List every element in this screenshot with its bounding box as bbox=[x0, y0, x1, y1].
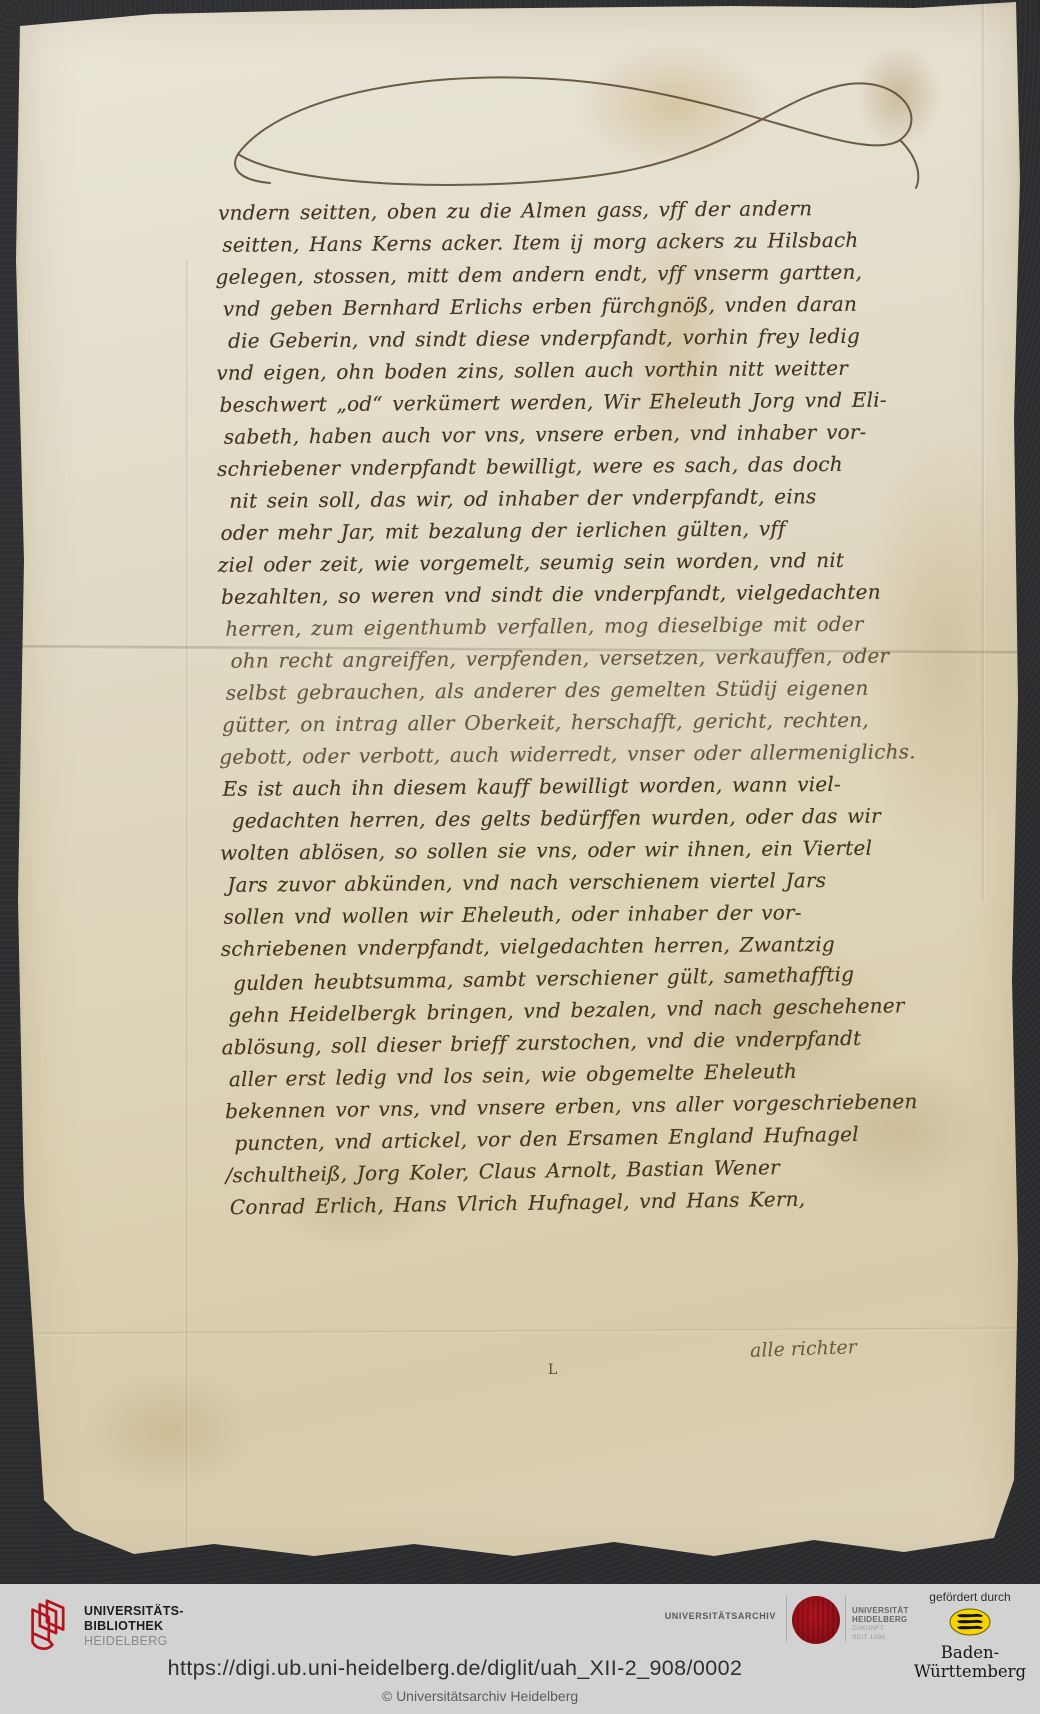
manuscript-scan: vndern seitten, oben zu die Almen gass, … bbox=[0, 0, 1040, 1584]
universitaetsarchiv-label: UNIVERSITÄTSARCHIV bbox=[648, 1585, 776, 1647]
funding-label: gefördert durch bbox=[905, 1590, 1035, 1604]
funding-block: gefördert durch Baden-Württemberg bbox=[905, 1590, 1035, 1681]
divider bbox=[786, 1596, 787, 1642]
copyright-notice: © Universitätsarchiv Heidelberg bbox=[0, 1688, 960, 1704]
manuscript-page: vndern seitten, oben zu die Almen gass, … bbox=[14, 0, 1022, 1578]
uni-label-line2: HEIDELBERG bbox=[852, 1615, 909, 1624]
baden-wuerttemberg-label: Baden-Württemberg bbox=[905, 1643, 1035, 1681]
ub-logo-line1: UNIVERSITÄTS- bbox=[84, 1604, 184, 1619]
closing-line: alle richter bbox=[750, 1336, 857, 1362]
document-url: https://digi.ub.uni-heidelberg.de/diglit… bbox=[0, 1656, 910, 1681]
ub-book-icon bbox=[20, 1594, 74, 1656]
baden-wuerttemberg-crest-icon bbox=[949, 1608, 991, 1636]
page-mark: L bbox=[548, 1362, 557, 1378]
divider bbox=[845, 1596, 846, 1642]
ub-logo-line3: HEIDELBERG bbox=[84, 1634, 184, 1649]
ub-heidelberg-logo: UNIVERSITÄTS- BIBLIOTHEK HEIDELBERG bbox=[20, 1594, 184, 1656]
manuscript-text: vndern seitten, oben zu die Almen gass, … bbox=[218, 195, 942, 1225]
uni-label-line3: ZUKUNFT bbox=[852, 1624, 909, 1633]
ink-flourish bbox=[230, 56, 930, 206]
university-heidelberg-seal-icon bbox=[792, 1596, 840, 1644]
manuscript-line: gebott, oder verbott, auch widerredt, vn… bbox=[219, 739, 938, 777]
ub-logo-line2: BIBLIOTHEK bbox=[84, 1619, 184, 1634]
uni-label-line4: SEIT 1386 bbox=[852, 1633, 909, 1642]
uni-label-line1: UNIVERSITÄT bbox=[852, 1606, 909, 1615]
ub-logo-text: UNIVERSITÄTS- BIBLIOTHEK HEIDELBERG bbox=[84, 1604, 184, 1649]
university-heidelberg-label: UNIVERSITÄT HEIDELBERG ZUKUNFT SEIT 1386 bbox=[852, 1606, 909, 1642]
footer-bar: UNIVERSITÄTS- BIBLIOTHEK HEIDELBERG UNIV… bbox=[0, 1584, 1040, 1714]
